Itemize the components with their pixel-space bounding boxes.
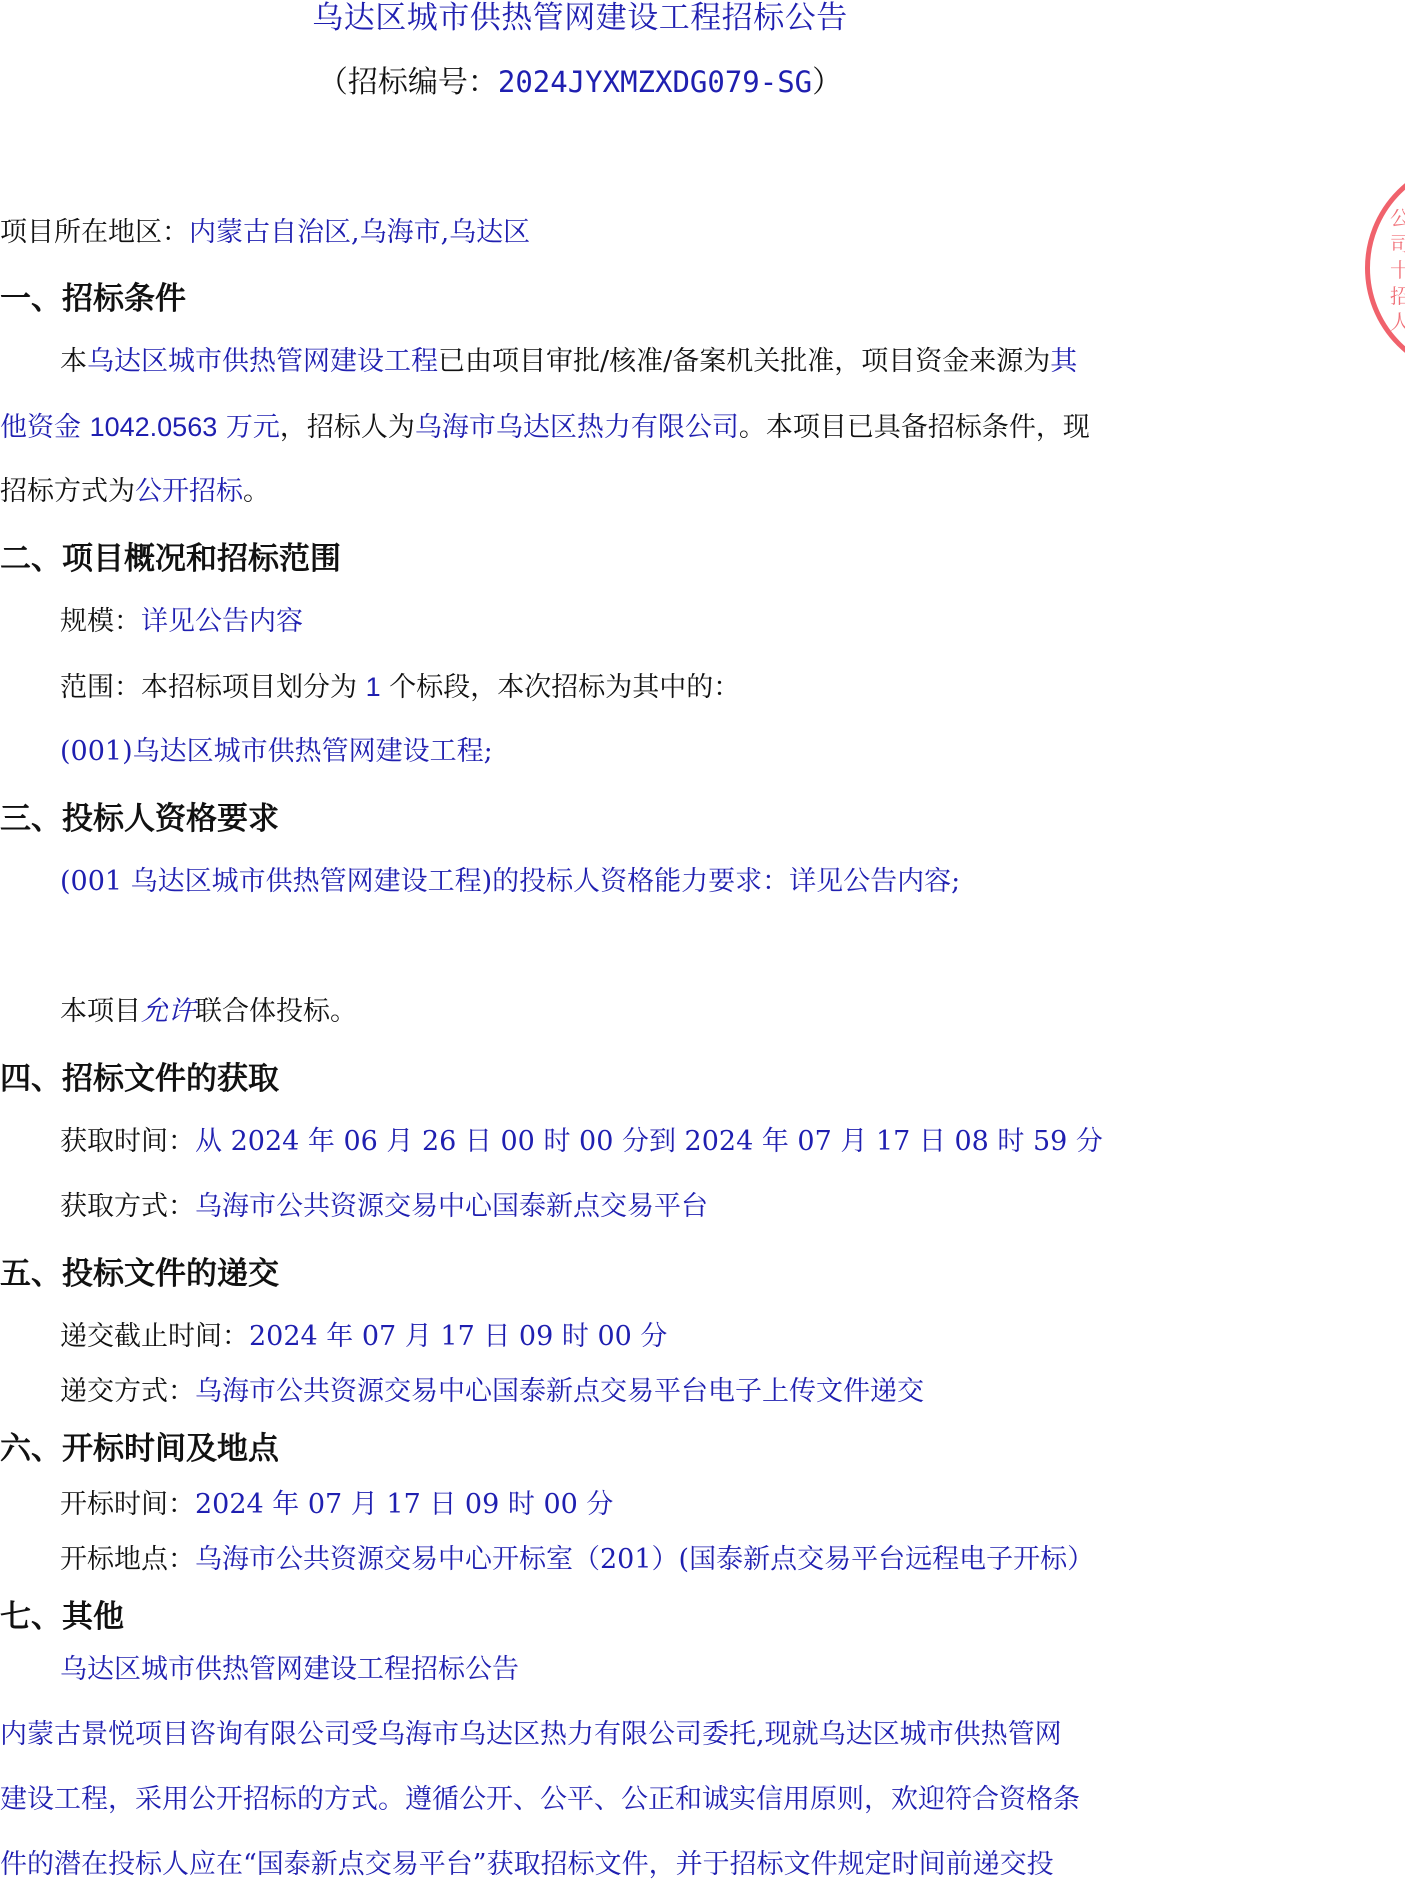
- opening-time-value: 2024 年 07 月 17 日 09 时 00 分: [195, 1489, 613, 1520]
- bid-number-close: ）: [812, 65, 842, 100]
- text: 已由项目审批/核准/备案机关批准，项目资金来源为: [438, 346, 1050, 377]
- opening-time-label: 开标时间：: [60, 1489, 195, 1520]
- acquire-time-label: 获取时间：: [60, 1126, 195, 1157]
- bid-number: 2024JYXMZXDG079-SG: [498, 65, 812, 99]
- acquire-time-line: 获取时间：从 2024 年 06 月 26 日 00 时 00 分到 2024 …: [60, 1125, 1103, 1159]
- acquire-time-value: 从 2024 年 06 月 26 日 00 时 00 分到 2024 年 07 …: [195, 1126, 1103, 1157]
- bid-number-line: （招标编号：2024JYXMZXDG079-SG）: [0, 62, 1160, 103]
- text: 招标方式为: [0, 476, 135, 507]
- tenderer-name: 乌海市乌达区热力有限公司: [415, 412, 739, 443]
- scale-value: 详见公告内容: [141, 606, 303, 637]
- submit-method-value: 乌海市公共资源交易中心国泰新点交易平台电子上传文件递交: [195, 1376, 924, 1407]
- s1-paragraph-line-2: 他资金 1042.0563 万元，招标人为乌海市乌达区热力有限公司。本项目已具备…: [0, 410, 1090, 445]
- location-label: 项目所在地区：: [0, 217, 189, 248]
- submit-deadline-line: 递交截止时间：2024 年 07 月 17 日 09 时 00 分: [60, 1320, 667, 1354]
- fund-source: 其: [1050, 346, 1077, 377]
- fund-source: 他资金: [0, 412, 81, 443]
- seal-text: 公 司 十 招 人: [1390, 205, 1405, 335]
- s1-paragraph-line-3: 招标方式为公开招标。: [0, 475, 270, 509]
- text: 本: [60, 346, 87, 377]
- section-heading-6: 六、开标时间及地点: [0, 1430, 279, 1468]
- section-heading-3: 三、投标人资格要求: [0, 800, 279, 838]
- submit-method-line: 递交方式：乌海市公共资源交易中心国泰新点交易平台电子上传文件递交: [60, 1375, 924, 1409]
- lot-count: 1: [366, 672, 381, 702]
- project-name: 乌达区城市供热管网建设工程: [87, 346, 438, 377]
- text: ，招标人为: [280, 412, 415, 443]
- scope-label: 范围：本招标项目划分为: [60, 672, 357, 703]
- fund-amount: 1042.0563: [90, 412, 218, 442]
- deadline-value: 2024 年 07 月 17 日 09 时 00 分: [249, 1321, 667, 1352]
- project-location: 项目所在地区：内蒙古自治区,乌海市,乌达区: [0, 216, 530, 250]
- other-paragraph-line-1: 内蒙古景悦项目咨询有限公司受乌海市乌达区热力有限公司委托,现就乌达区城市供热管网: [0, 1718, 1062, 1752]
- section-heading-1: 一、招标条件: [0, 280, 186, 318]
- section-heading-2: 二、项目概况和招标范围: [0, 540, 341, 578]
- opening-place-line: 开标地点：乌海市公共资源交易中心开标室（201）(国泰新点交易平台远程电子开标）: [60, 1543, 1094, 1577]
- lot-item: (001)乌达区城市供热管网建设工程;: [60, 735, 493, 769]
- section-heading-4: 四、招标文件的获取: [0, 1060, 279, 1098]
- opening-place-value: 乌海市公共资源交易中心开标室（201）(国泰新点交易平台远程电子开标）: [195, 1544, 1094, 1575]
- text: 。: [243, 476, 270, 507]
- bid-number-label: （招标编号：: [318, 65, 498, 100]
- tender-method: 公开招标: [135, 476, 243, 507]
- consortium-line: 本项目允许联合体投标。: [60, 995, 357, 1029]
- text: 本项目: [60, 996, 141, 1027]
- s1-paragraph-line-1: 本乌达区城市供热管网建设工程已由项目审批/核准/备案机关批准，项目资金来源为其: [60, 345, 1077, 379]
- scale-line: 规模：详见公告内容: [60, 605, 303, 639]
- acquire-method-line: 获取方式：乌海市公共资源交易中心国泰新点交易平台: [60, 1190, 708, 1224]
- consortium-value: 允许: [141, 996, 195, 1027]
- location-value: 内蒙古自治区,乌海市,乌达区: [189, 217, 530, 248]
- scope-text: 个标段，本次招标为其中的：: [389, 672, 740, 703]
- opening-place-label: 开标地点：: [60, 1544, 195, 1575]
- document-title: 乌达区城市供热管网建设工程招标公告: [0, 0, 1160, 36]
- acquire-method-value: 乌海市公共资源交易中心国泰新点交易平台: [195, 1191, 708, 1222]
- scope-line: 范围：本招标项目划分为 1 个标段，本次招标为其中的：: [60, 670, 740, 705]
- other-paragraph-line-3: 件的潜在投标人应在“国泰新点交易平台”获取招标文件，并于招标文件规定时间前递交投: [0, 1848, 1054, 1880]
- deadline-label: 递交截止时间：: [60, 1321, 249, 1352]
- opening-time-line: 开标时间：2024 年 07 月 17 日 09 时 00 分: [60, 1488, 613, 1522]
- section-heading-5: 五、投标文件的递交: [0, 1255, 279, 1293]
- other-paragraph-line-2: 建设工程，采用公开招标的方式。遵循公开、公平、公正和诚实信用原则，欢迎符合资格条: [0, 1783, 1080, 1817]
- fund-unit: 万元: [226, 412, 280, 443]
- section-heading-7: 七、其他: [0, 1598, 124, 1636]
- scale-label: 规模：: [60, 606, 141, 637]
- text: 。本项目已具备招标条件，现: [739, 412, 1090, 443]
- other-subtitle: 乌达区城市供热管网建设工程招标公告: [60, 1653, 519, 1687]
- acquire-method-label: 获取方式：: [60, 1191, 195, 1222]
- qualification-requirement: (001 乌达区城市供热管网建设工程)的投标人资格能力要求：详见公告内容;: [60, 865, 960, 899]
- submit-method-label: 递交方式：: [60, 1376, 195, 1407]
- text: 联合体投标。: [195, 996, 357, 1027]
